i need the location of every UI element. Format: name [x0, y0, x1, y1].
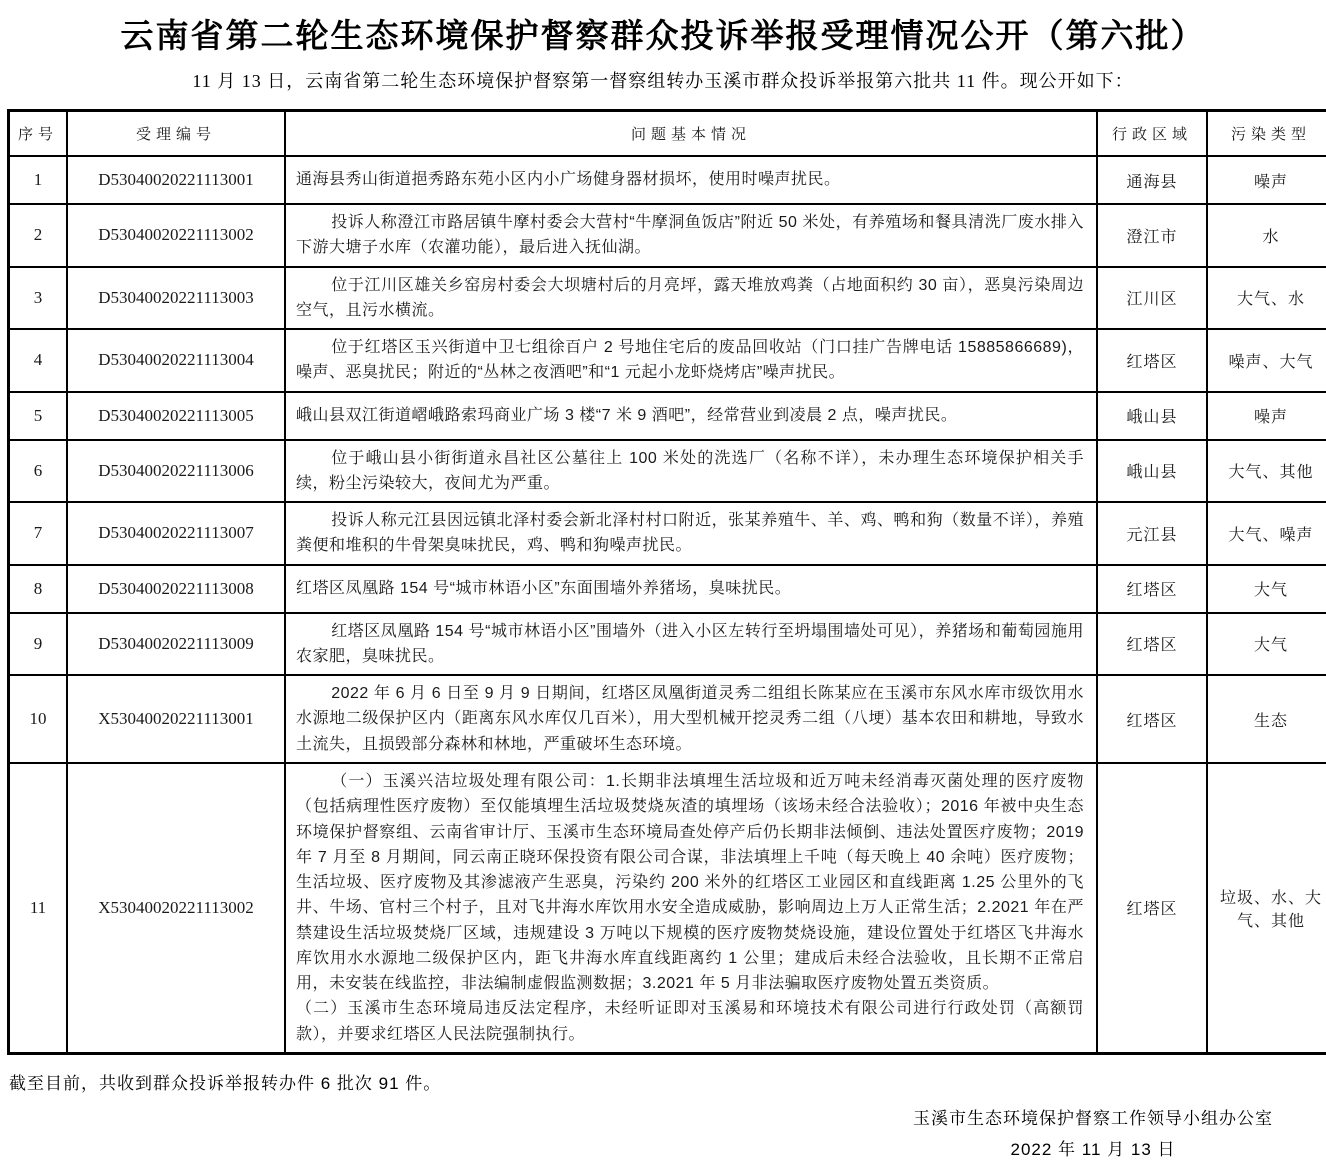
- table-header-row: 序号 受理编号 问题基本情况 行政区域 污染类型: [9, 111, 1326, 157]
- row-issue-description: 位于江川区雄关乡窑房村委会大坝塘村后的月亮坪，露天堆放鸡粪（占地面积约 30 亩…: [285, 267, 1097, 330]
- row-region: 元江县: [1097, 502, 1207, 565]
- row-issue-description: 峨山县双江街道嶍峨路索玛商业广场 3 楼“7 米 9 酒吧”，经常营业到凌晨 2…: [285, 392, 1097, 440]
- issue-paragraph: （一）玉溪兴洁垃圾处理有限公司：1.长期非法填埋生活垃圾和近万吨未经消毒灭菌处理…: [296, 769, 1084, 996]
- row-issue-description: （一）玉溪兴洁垃圾处理有限公司：1.长期非法填埋生活垃圾和近万吨未经消毒灭菌处理…: [285, 763, 1097, 1053]
- row-serial-number: 2: [9, 204, 68, 267]
- row-pollution-type: 噪声: [1207, 392, 1326, 440]
- row-case-id: D53040020221113003: [67, 267, 285, 330]
- row-pollution-type: 垃圾、水、大气、其他: [1207, 763, 1326, 1053]
- page-title: 云南省第二轮生态环境保护督察群众投诉举报受理情况公开（第六批）: [7, 10, 1319, 57]
- row-case-id: D53040020221113005: [67, 392, 285, 440]
- issue-paragraph: 位于峨山县小街街道永昌社区公墓往上 100 米处的洗选厂（名称不详），未办理生态…: [296, 446, 1084, 497]
- table-row: 9 D53040020221113009 红塔区凤凰路 154 号“城市林语小区…: [9, 613, 1326, 676]
- table-row: 3 D53040020221113003 位于江川区雄关乡窑房村委会大坝塘村后的…: [9, 267, 1326, 330]
- signature-block: 玉溪市生态环境保护督察工作领导小组办公室 2022 年 11 月 13 日: [913, 1104, 1273, 1160]
- header-case-id: 受理编号: [67, 111, 285, 157]
- table-body: 1 D53040020221113001 通海县秀山街道挹秀路东苑小区内小广场健…: [9, 156, 1326, 1053]
- row-region: 红塔区: [1097, 763, 1207, 1053]
- row-region: 通海县: [1097, 156, 1207, 204]
- row-region: 江川区: [1097, 267, 1207, 330]
- row-issue-description: 红塔区凤凰路 154 号“城市林语小区”东面围墙外养猪场，臭味扰民。: [285, 565, 1097, 613]
- row-serial-number: 11: [9, 763, 68, 1053]
- row-serial-number: 8: [9, 565, 68, 613]
- table-row: 2 D53040020221113002 投诉人称澄江市路居镇牛摩村委会大营村“…: [9, 204, 1326, 267]
- row-pollution-type: 噪声、大气: [1207, 329, 1326, 392]
- header-pollution-type: 污染类型: [1207, 111, 1326, 157]
- row-pollution-type: 大气: [1207, 565, 1326, 613]
- row-issue-description: 红塔区凤凰路 154 号“城市林语小区”围墙外（进入小区左转行至坍塌围墙处可见）…: [285, 613, 1097, 676]
- table-row: 4 D53040020221113004 位于红塔区玉兴街道中卫七组徐百户 2 …: [9, 329, 1326, 392]
- header-region: 行政区域: [1097, 111, 1207, 157]
- table-row: 10 X53040020221113001 2022 年 6 月 6 日至 9 …: [9, 675, 1326, 763]
- document-page: 云南省第二轮生态环境保护督察群众投诉举报受理情况公开（第六批） 11 月 13 …: [0, 0, 1326, 1168]
- row-serial-number: 5: [9, 392, 68, 440]
- header-serial-number: 序号: [9, 111, 68, 157]
- row-issue-description: 2022 年 6 月 6 日至 9 月 9 日期间，红塔区凤凰街道灵秀二组组长陈…: [285, 675, 1097, 763]
- row-region: 红塔区: [1097, 565, 1207, 613]
- row-serial-number: 4: [9, 329, 68, 392]
- table-row: 5 D53040020221113005 峨山县双江街道嶍峨路索玛商业广场 3 …: [9, 392, 1326, 440]
- row-pollution-type: 噪声: [1207, 156, 1326, 204]
- footer-note: 截至目前，共收到群众投诉举报转办件 6 批次 91 件。: [9, 1069, 1319, 1094]
- table-header: 序号 受理编号 问题基本情况 行政区域 污染类型: [9, 111, 1326, 157]
- row-issue-description: 投诉人称澄江市路居镇牛摩村委会大营村“牛摩洞鱼饭店”附近 50 米处，有养殖场和…: [285, 204, 1097, 267]
- issue-paragraph: （二）玉溪市生态环境局违反法定程序，未经听证即对玉溪易和环境技术有限公司进行行政…: [296, 996, 1084, 1047]
- row-case-id: D53040020221113006: [67, 440, 285, 503]
- issue-paragraph: 投诉人称澄江市路居镇牛摩村委会大营村“牛摩洞鱼饭店”附近 50 米处，有养殖场和…: [296, 210, 1084, 261]
- table-row: 8 D53040020221113008 红塔区凤凰路 154 号“城市林语小区…: [9, 565, 1326, 613]
- table-row: 11 X53040020221113002 （一）玉溪兴洁垃圾处理有限公司：1.…: [9, 763, 1326, 1053]
- row-region: 红塔区: [1097, 613, 1207, 676]
- complaints-table: 序号 受理编号 问题基本情况 行政区域 污染类型 1 D530400202211…: [7, 109, 1326, 1055]
- row-case-id: D53040020221113002: [67, 204, 285, 267]
- row-pollution-type: 大气、其他: [1207, 440, 1326, 503]
- issue-paragraph: 红塔区凤凰路 154 号“城市林语小区”东面围墙外养猪场，臭味扰民。: [296, 576, 1084, 601]
- row-issue-description: 位于红塔区玉兴街道中卫七组徐百户 2 号地住宅后的废品回收站（门口挂广告牌电话 …: [285, 329, 1097, 392]
- issue-paragraph: 位于江川区雄关乡窑房村委会大坝塘村后的月亮坪，露天堆放鸡粪（占地面积约 30 亩…: [296, 273, 1084, 324]
- row-case-id: X53040020221113001: [67, 675, 285, 763]
- row-case-id: D53040020221113009: [67, 613, 285, 676]
- row-serial-number: 3: [9, 267, 68, 330]
- row-issue-description: 投诉人称元江县因远镇北泽村委会新北泽村村口附近，张某养殖牛、羊、鸡、鸭和狗（数量…: [285, 502, 1097, 565]
- row-pollution-type: 生态: [1207, 675, 1326, 763]
- issue-paragraph: 2022 年 6 月 6 日至 9 月 9 日期间，红塔区凤凰街道灵秀二组组长陈…: [296, 681, 1084, 757]
- row-region: 峨山县: [1097, 440, 1207, 503]
- row-case-id: D53040020221113008: [67, 565, 285, 613]
- row-region: 峨山县: [1097, 392, 1207, 440]
- row-serial-number: 10: [9, 675, 68, 763]
- row-case-id: X53040020221113002: [67, 763, 285, 1053]
- issue-paragraph: 红塔区凤凰路 154 号“城市林语小区”围墙外（进入小区左转行至坍塌围墙处可见）…: [296, 619, 1084, 670]
- row-pollution-type: 水: [1207, 204, 1326, 267]
- row-pollution-type: 大气、水: [1207, 267, 1326, 330]
- signature-date: 2022 年 11 月 13 日: [913, 1135, 1273, 1160]
- page-subtitle: 11 月 13 日，云南省第二轮生态环境保护督察第一督察组转办玉溪市群众投诉举报…: [7, 67, 1319, 93]
- row-case-id: D53040020221113004: [67, 329, 285, 392]
- row-case-id: D53040020221113007: [67, 502, 285, 565]
- issue-paragraph: 位于红塔区玉兴街道中卫七组徐百户 2 号地住宅后的废品回收站（门口挂广告牌电话 …: [296, 335, 1084, 386]
- row-case-id: D53040020221113001: [67, 156, 285, 204]
- signature-office: 玉溪市生态环境保护督察工作领导小组办公室: [913, 1104, 1273, 1129]
- row-issue-description: 位于峨山县小街街道永昌社区公墓往上 100 米处的洗选厂（名称不详），未办理生态…: [285, 440, 1097, 503]
- table-row: 6 D53040020221113006 位于峨山县小街街道永昌社区公墓往上 1…: [9, 440, 1326, 503]
- issue-paragraph: 峨山县双江街道嶍峨路索玛商业广场 3 楼“7 米 9 酒吧”，经常营业到凌晨 2…: [296, 403, 1084, 428]
- row-region: 红塔区: [1097, 329, 1207, 392]
- row-serial-number: 6: [9, 440, 68, 503]
- row-pollution-type: 大气、噪声: [1207, 502, 1326, 565]
- issue-paragraph: 通海县秀山街道挹秀路东苑小区内小广场健身器材损坏，使用时噪声扰民。: [296, 167, 1084, 192]
- issue-paragraph: 投诉人称元江县因远镇北泽村委会新北泽村村口附近，张某养殖牛、羊、鸡、鸭和狗（数量…: [296, 508, 1084, 559]
- row-issue-description: 通海县秀山街道挹秀路东苑小区内小广场健身器材损坏，使用时噪声扰民。: [285, 156, 1097, 204]
- table-row: 1 D53040020221113001 通海县秀山街道挹秀路东苑小区内小广场健…: [9, 156, 1326, 204]
- row-serial-number: 7: [9, 502, 68, 565]
- table-row: 7 D53040020221113007 投诉人称元江县因远镇北泽村委会新北泽村…: [9, 502, 1326, 565]
- row-pollution-type: 大气: [1207, 613, 1326, 676]
- row-region: 红塔区: [1097, 675, 1207, 763]
- row-serial-number: 9: [9, 613, 68, 676]
- row-serial-number: 1: [9, 156, 68, 204]
- header-issue-description: 问题基本情况: [285, 111, 1097, 157]
- row-region: 澄江市: [1097, 204, 1207, 267]
